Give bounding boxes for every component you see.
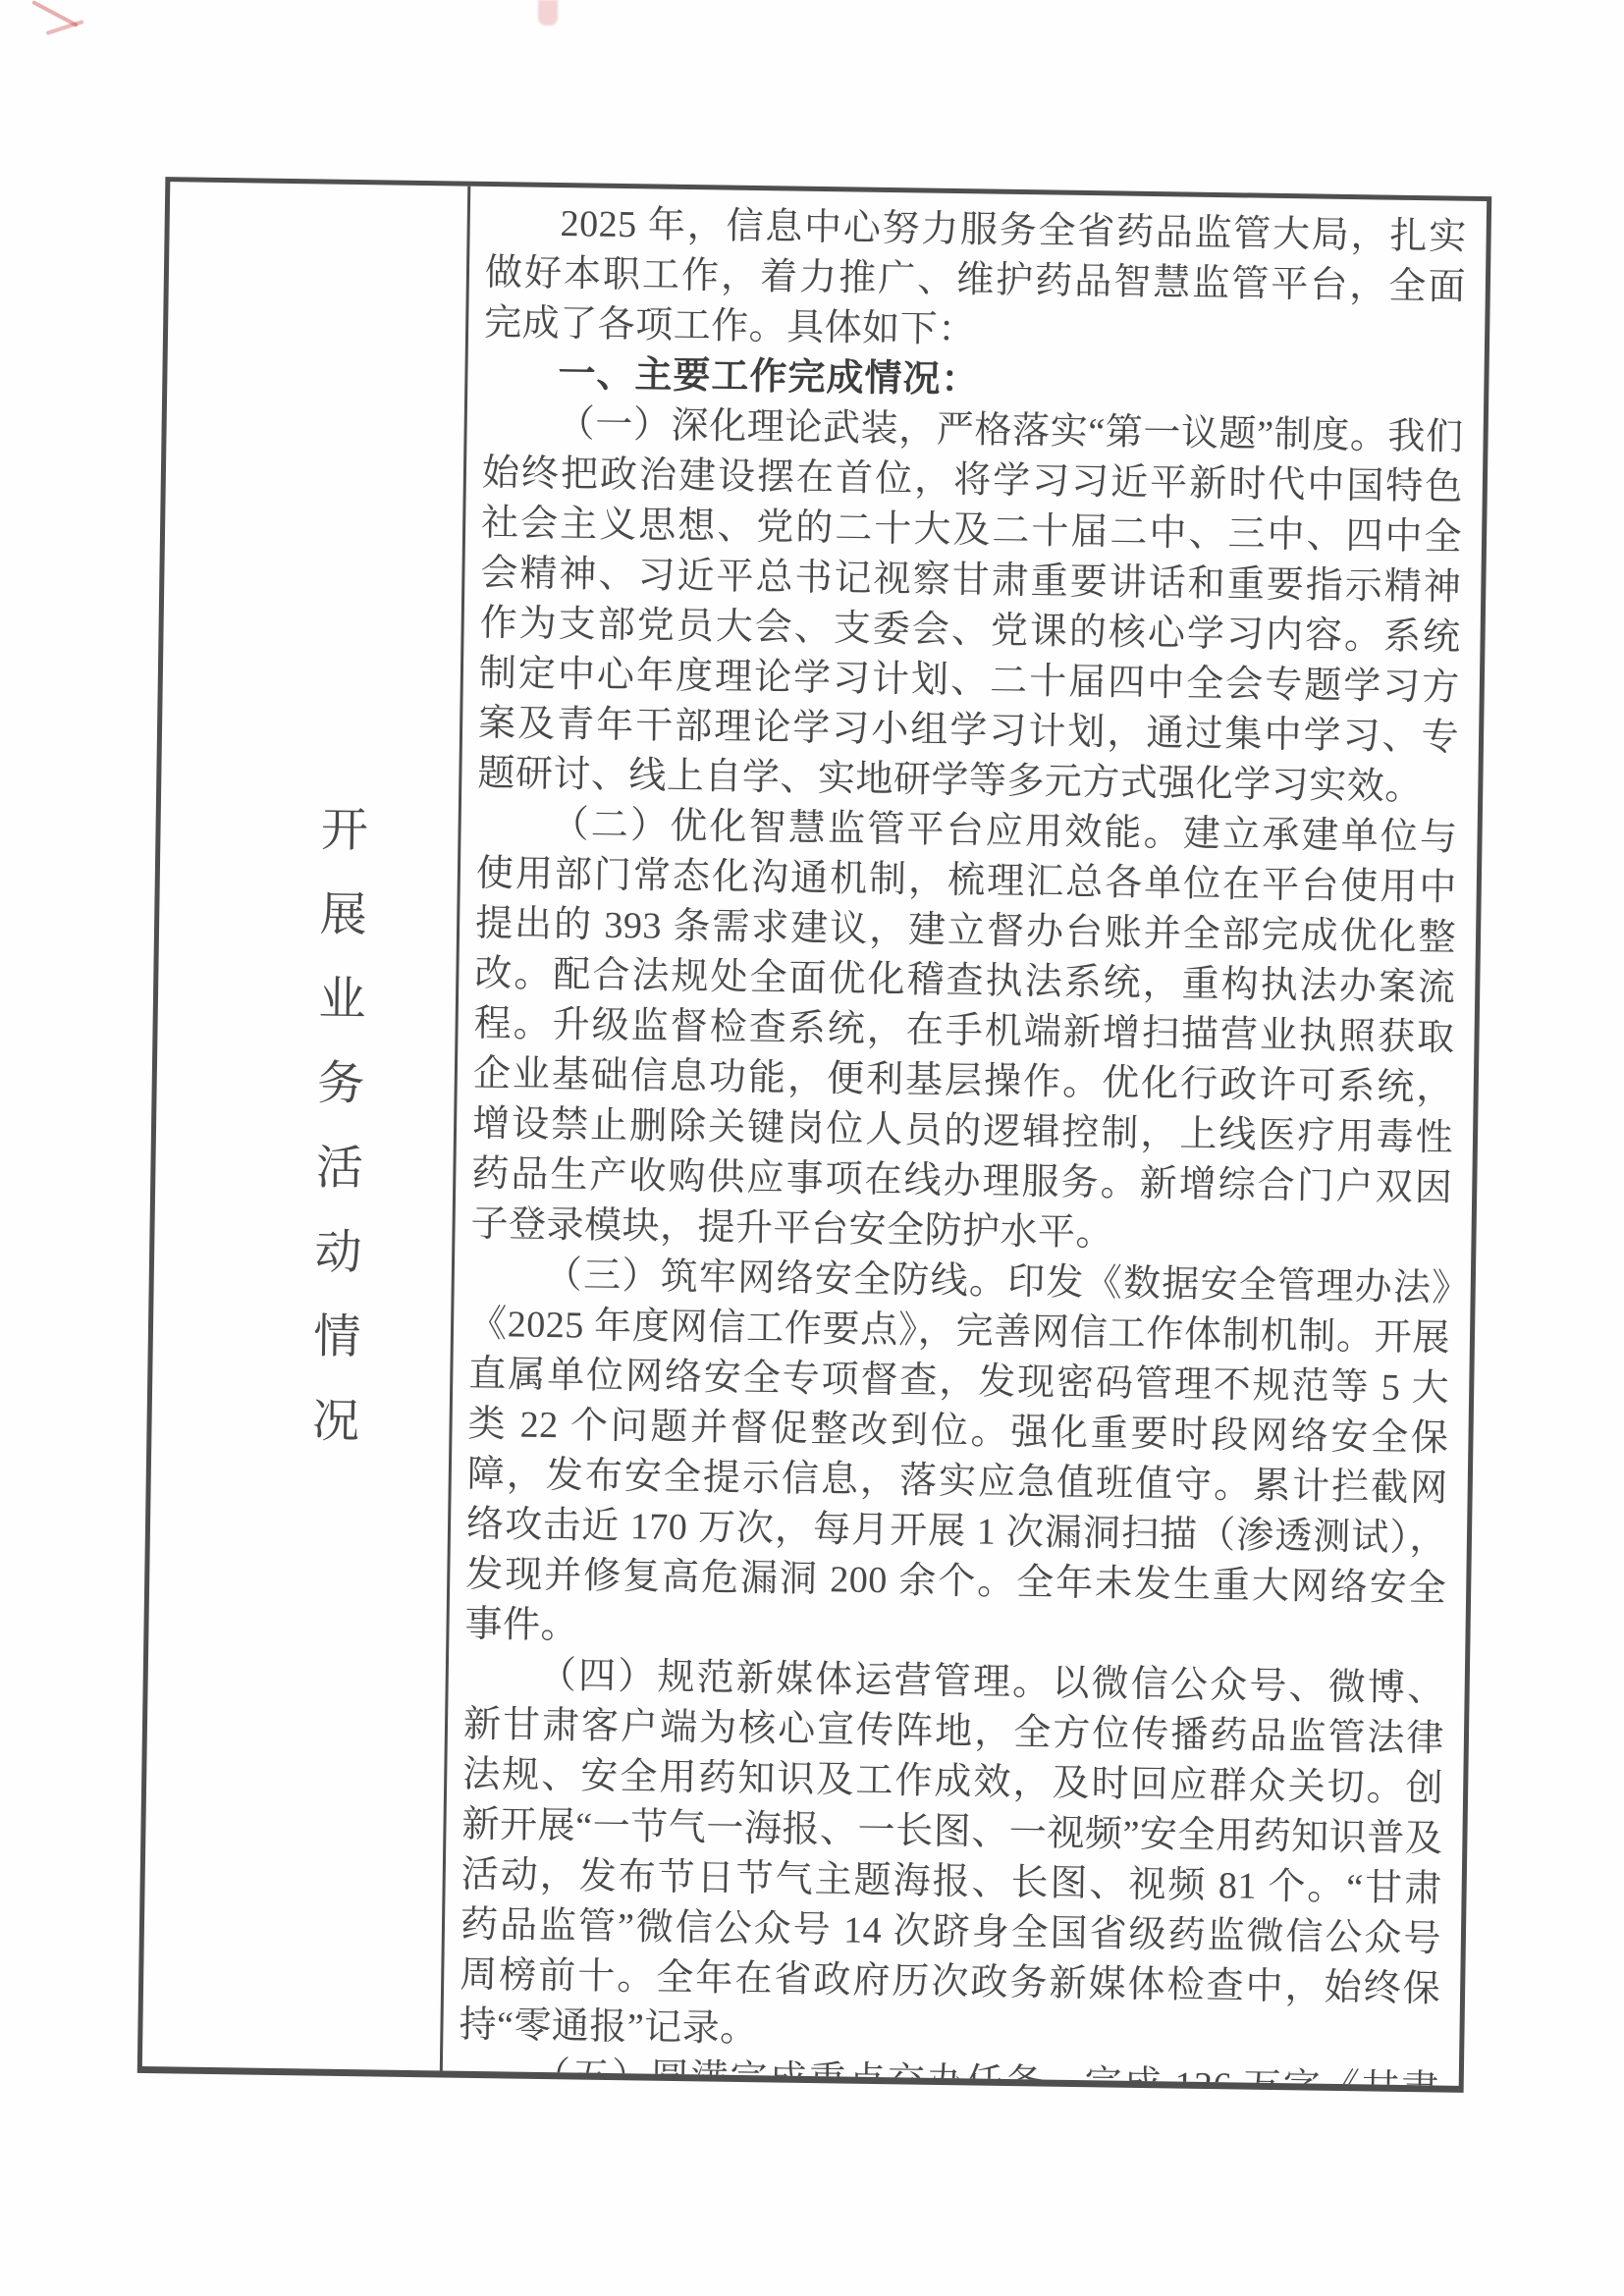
item-2-paragraph: （二）优化智慧监管平台应用效能。建立承建单位与使用部门常态化沟通机制，梳理汇总各… [470,799,1458,1264]
item-3-paragraph: （三）筑牢网络安全防线。印发《数据安全管理办法》《2025 年度网信工作要点》，… [464,1250,1451,1665]
scanned-document-page: 开 展 业 务 活 动 情 况 2025 年，信息中心努力服务全省药品监管大局，… [0,0,1624,2296]
vertical-label-char: 况 [312,1398,360,1446]
vertical-label-char: 展 [319,892,367,940]
red-pen-scan-artifact [45,20,83,35]
vertical-label-char: 活 [316,1145,364,1193]
vertical-label-char: 动 [314,1229,362,1277]
stub-column: 开 展 业 务 活 动 情 况 [142,182,470,2070]
vertical-label-char: 业 [318,976,366,1024]
content-column: 2025 年，信息中心努力服务全省药品监管大局，扎实做好本职工作，着力推广、维护… [443,187,1487,2086]
vertical-label: 开 展 业 务 活 动 情 况 [312,808,369,1447]
report-table: 开 展 业 务 活 动 情 况 2025 年，信息中心努力服务全省药品监管大局，… [137,177,1492,2093]
item-1-paragraph: （一）深化理论武装，严格落实“第一议题”制度。我们始终把政治建设摆在首位，将学习… [477,399,1464,814]
vertical-label-char: 务 [317,1060,365,1108]
intro-paragraph: 2025 年，信息中心努力服务全省药品监管大局，扎实做好本职工作，着力推广、维护… [484,198,1467,363]
red-pen-scan-artifact [31,0,79,27]
vertical-label-char: 开 [321,808,369,856]
red-smudge-scan-artifact [538,0,558,26]
vertical-label-char: 情 [313,1313,361,1362]
item-4-paragraph: （四）规范新媒体运营管理。以微信公众号、微博、新甘肃客户端为核心宣传阵地，全方位… [459,1650,1445,2065]
